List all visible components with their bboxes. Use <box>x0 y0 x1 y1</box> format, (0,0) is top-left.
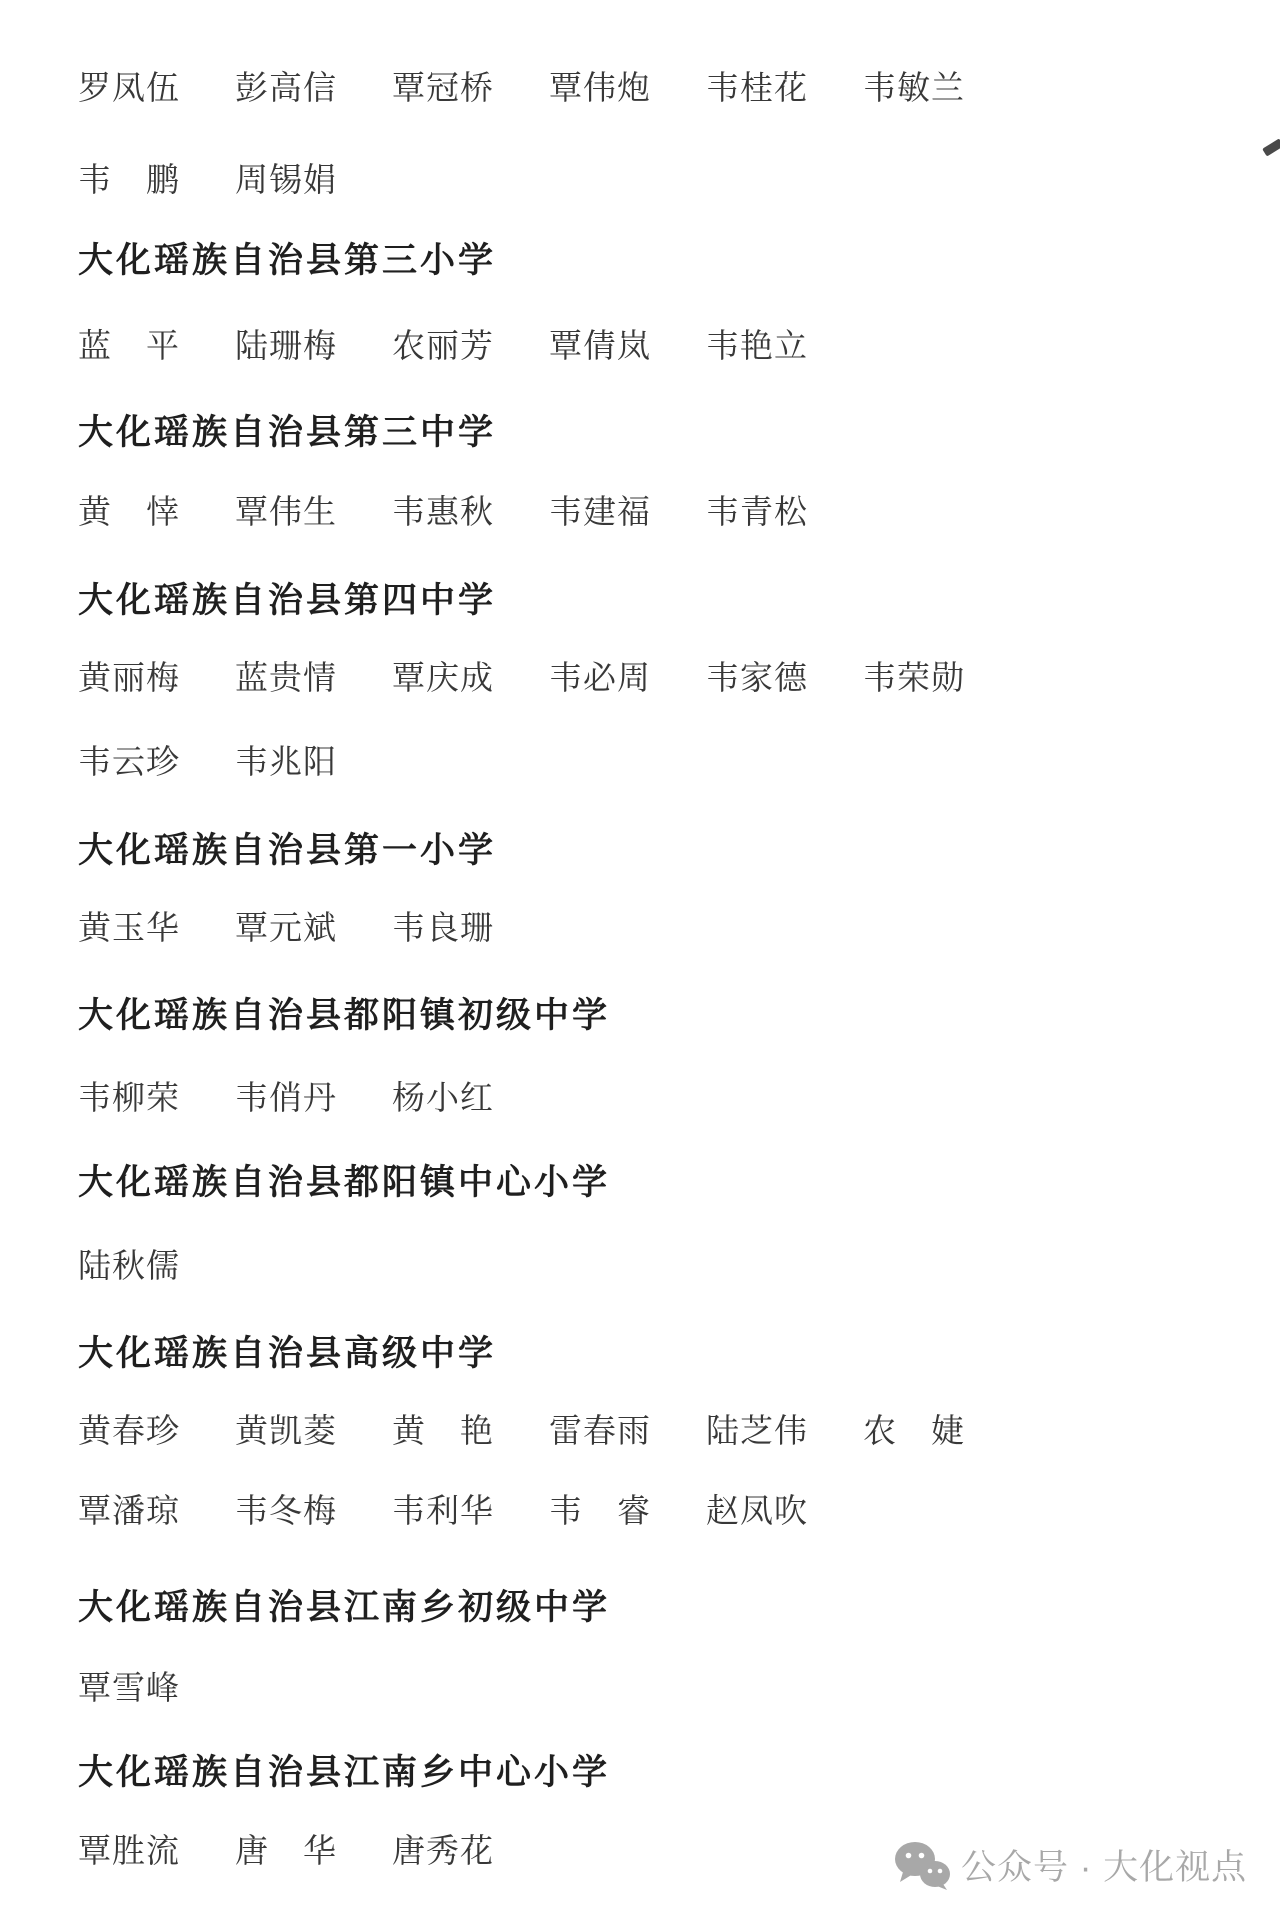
name-row: 黄玉华 覃元斌 韦良珊 <box>78 908 549 950</box>
person-name: 覃元斌 <box>235 908 392 950</box>
person-name: 韦荣勋 <box>863 658 1020 700</box>
school-header: 大化瑶族自治县江南乡初级中学 <box>78 1585 610 1631</box>
name-row: 韦柳荣 韦俏丹 杨小红 <box>78 1078 549 1120</box>
person-name: 陆秋儒 <box>78 1246 235 1288</box>
person-name: 彭高信 <box>235 68 392 110</box>
person-name: 韦兆阳 <box>235 742 392 784</box>
person-name: 赵凤吹 <box>706 1491 863 1533</box>
school-header: 大化瑶族自治县高级中学 <box>78 1331 496 1377</box>
person-name: 周锡娟 <box>235 160 392 202</box>
name-row: 陆秋儒 <box>78 1246 235 1288</box>
name-row: 黄丽梅 蓝贵情 覃庆成 韦必周 韦家德 韦荣勋 <box>78 658 1020 700</box>
school-header: 大化瑶族自治县都阳镇初级中学 <box>78 993 610 1039</box>
name-row: 蓝 平 陆珊梅 农丽芳 覃倩岚 韦艳立 <box>78 326 863 368</box>
person-name: 韦冬梅 <box>235 1491 392 1533</box>
person-name: 覃伟炮 <box>549 68 706 110</box>
name-row: 黄春珍 黄凯菱 黄 艳 雷春雨 陆芝伟 农 婕 <box>78 1411 1020 1453</box>
person-name: 杨小红 <box>392 1078 549 1120</box>
person-name: 蓝贵情 <box>235 658 392 700</box>
person-name: 陆珊梅 <box>235 326 392 368</box>
school-header: 大化瑶族自治县都阳镇中心小学 <box>78 1160 610 1206</box>
person-name: 韦必周 <box>549 658 706 700</box>
person-name: 韦惠秋 <box>392 492 549 534</box>
person-name: 覃伟生 <box>235 492 392 534</box>
watermark-text: 公众号 · 大化视点 <box>961 1840 1247 1890</box>
person-name: 黄 悻 <box>78 492 235 534</box>
name-row: 覃胜流 唐 华 唐秀花 <box>78 1831 549 1873</box>
person-name: 黄春珍 <box>78 1411 235 1453</box>
person-name: 韦敏兰 <box>863 68 1020 110</box>
person-name: 黄 艳 <box>392 1411 549 1453</box>
person-name: 覃倩岚 <box>549 326 706 368</box>
person-name: 蓝 平 <box>78 326 235 368</box>
person-name: 韦柳荣 <box>78 1078 235 1120</box>
person-name: 韦云珍 <box>78 742 235 784</box>
person-name: 覃潘琼 <box>78 1491 235 1533</box>
person-name: 韦家德 <box>706 658 863 700</box>
person-name: 覃冠桥 <box>392 68 549 110</box>
person-name: 韦青松 <box>706 492 863 534</box>
school-header: 大化瑶族自治县江南乡中心小学 <box>78 1750 610 1796</box>
name-row: 黄 悻 覃伟生 韦惠秋 韦建福 韦青松 <box>78 492 863 534</box>
school-header: 大化瑶族自治县第一小学 <box>78 828 496 874</box>
person-name: 黄丽梅 <box>78 658 235 700</box>
person-name: 韦俏丹 <box>235 1078 392 1120</box>
person-name: 韦建福 <box>549 492 706 534</box>
person-name: 覃胜流 <box>78 1831 235 1873</box>
person-name: 唐秀花 <box>392 1831 549 1873</box>
name-row: 韦 鹏 周锡娟 <box>78 160 392 202</box>
name-row: 覃潘琼 韦冬梅 韦利华 韦 睿 赵凤吹 <box>78 1491 863 1533</box>
school-header: 大化瑶族自治县第三中学 <box>78 410 496 456</box>
person-name: 黄玉华 <box>78 908 235 950</box>
watermark: 公众号 · 大化视点 <box>893 1840 1247 1890</box>
person-name: 覃庆成 <box>392 658 549 700</box>
person-name: 韦 睿 <box>549 1491 706 1533</box>
person-name: 农丽芳 <box>392 326 549 368</box>
person-name: 覃雪峰 <box>78 1668 235 1710</box>
wechat-icon <box>893 1840 951 1890</box>
scan-artifact <box>1262 138 1280 156</box>
school-header: 大化瑶族自治县第四中学 <box>78 578 496 624</box>
person-name: 陆芝伟 <box>706 1411 863 1453</box>
person-name: 黄凯菱 <box>235 1411 392 1453</box>
person-name: 罗凤伍 <box>78 68 235 110</box>
person-name: 韦桂花 <box>706 68 863 110</box>
person-name: 韦利华 <box>392 1491 549 1533</box>
person-name: 韦 鹏 <box>78 160 235 202</box>
name-row: 覃雪峰 <box>78 1668 235 1710</box>
person-name: 雷春雨 <box>549 1411 706 1453</box>
scanned-document-page: 罗凤伍 彭高信 覃冠桥 覃伟炮 韦桂花 韦敏兰 韦 鹏 周锡娟 大化瑶族自治县第… <box>0 0 1280 1927</box>
person-name: 农 婕 <box>863 1411 1020 1453</box>
person-name: 韦良珊 <box>392 908 549 950</box>
person-name: 唐 华 <box>235 1831 392 1873</box>
name-row: 罗凤伍 彭高信 覃冠桥 覃伟炮 韦桂花 韦敏兰 <box>78 68 1020 110</box>
school-header: 大化瑶族自治县第三小学 <box>78 238 496 284</box>
name-row: 韦云珍 韦兆阳 <box>78 742 392 784</box>
person-name: 韦艳立 <box>706 326 863 368</box>
